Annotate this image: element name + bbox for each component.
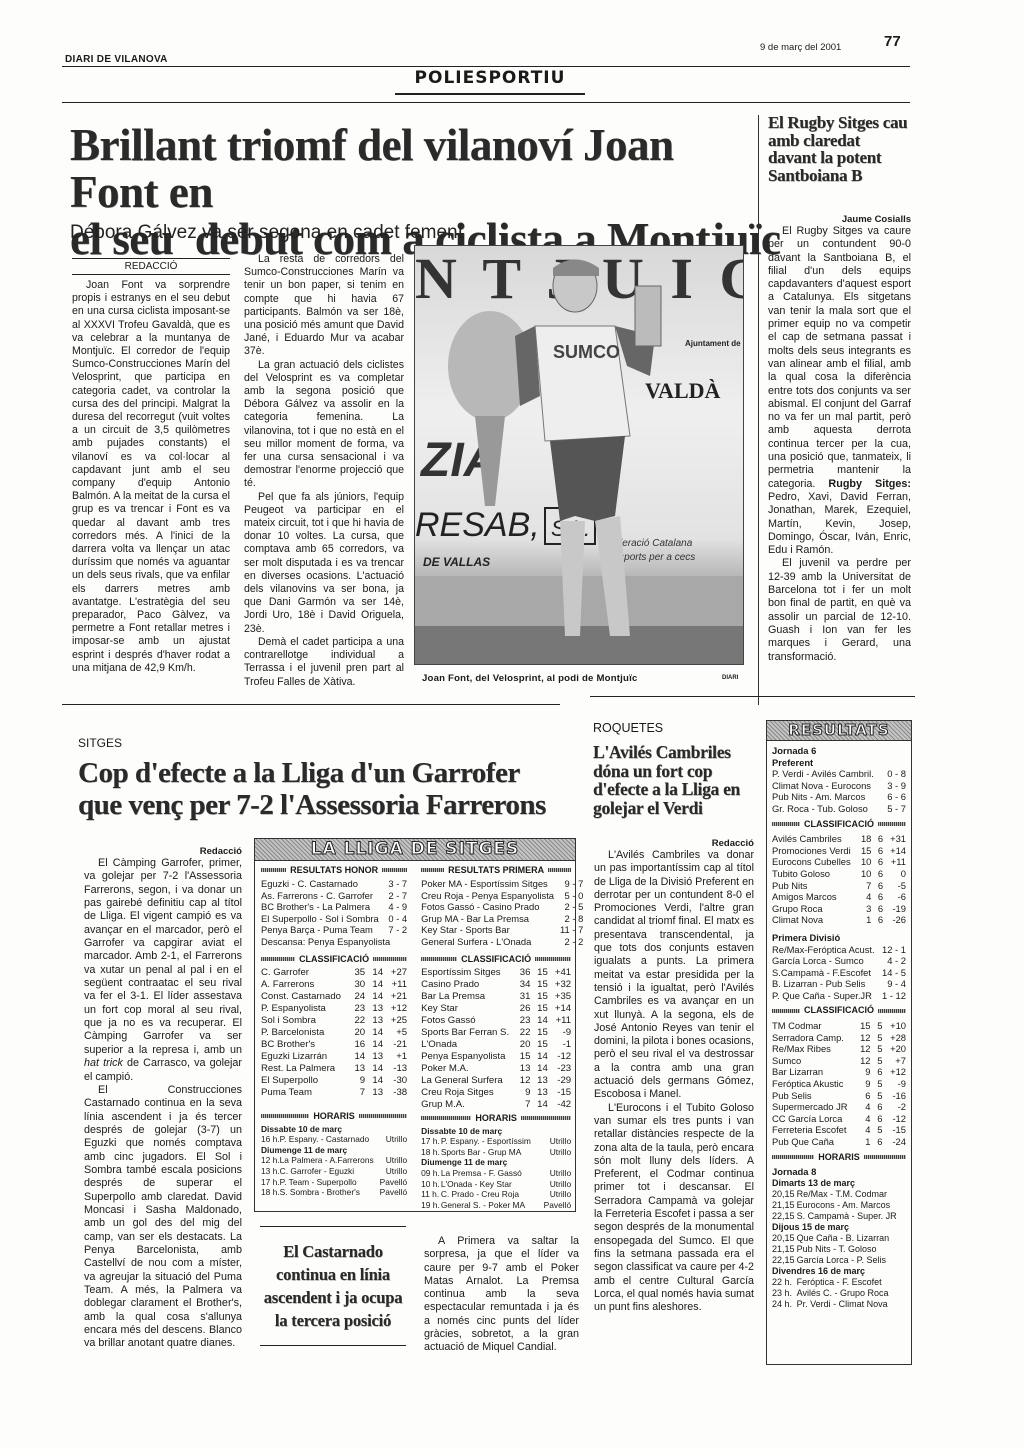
team: Penya Espanyolista [421, 1051, 513, 1063]
result-row: Fotos Gassó - Casino Prado2 - 5 [421, 901, 583, 913]
schedule-day: Diumenge 11 de març [261, 1145, 407, 1156]
match: Poker MA - Esportíssim Sitges [421, 878, 554, 890]
roquetes-kicker: ROQUETES [593, 721, 663, 735]
goal-difference: +14 [548, 1003, 571, 1015]
time: 20,15 [772, 1189, 797, 1200]
standings-row: Re/Max Ribes125+20 [772, 1043, 906, 1055]
lineup-label: Rugby Sitges: [828, 478, 911, 490]
team: Pub Nits [772, 880, 854, 892]
time: 23 h. [772, 1288, 797, 1299]
main-subheadline: Débora Gálvez va ser segona en cadet fem… [70, 222, 463, 244]
standings-row: Creu Roja Sitges913-15 [421, 1087, 571, 1099]
points: 30 [347, 979, 365, 991]
played: 5 [871, 1020, 883, 1032]
time: 11 h. [421, 1189, 441, 1200]
venue: Utrillo [536, 1179, 571, 1190]
team: TM Codmar [772, 1020, 853, 1032]
schedule-row: 20,15Que Caña - B. Lizarran [772, 1233, 906, 1244]
standings-row: Pub Nits76-5 [772, 880, 906, 892]
schedule-row: 22,15García Lorca - P. Selis [772, 1255, 906, 1266]
schedule-row: 20,15Re/Max - T.M. Codmar [772, 1189, 906, 1200]
paragraph: La resta de corredors del Sumco-Construc… [244, 253, 404, 359]
result-row: Gr. Roca - Tub. Goloso5 - 7 [772, 803, 906, 815]
points: 36 [513, 967, 530, 979]
points: 13 [513, 1063, 530, 1075]
points: 9 [853, 1078, 871, 1090]
points: 23 [347, 1003, 365, 1015]
played: 14 [365, 1027, 383, 1039]
schedule-row: 13 h.C. Garrofer - EguzkiUtrillo [261, 1166, 407, 1177]
team: Pub Selis [772, 1090, 853, 1102]
match: Que Caña - B. Lizarran [797, 1233, 906, 1244]
match: B. Lizarran - Pub Selis [772, 978, 876, 990]
points: 16 [347, 1039, 365, 1051]
match: La Premsa - F. Gassó [441, 1168, 536, 1179]
goal-difference: +27 [383, 967, 407, 979]
standings-row: Eguzki Lizarrán1413+1 [261, 1051, 407, 1063]
standings-row: Grup M.A.714-42 [421, 1099, 571, 1111]
goal-difference: -13 [383, 1063, 407, 1075]
match: Gr. Roca - Tub. Goloso [772, 803, 880, 815]
score: 6 - 6 [880, 791, 906, 803]
played: 5 [871, 1090, 883, 1102]
played: 13 [365, 1087, 383, 1099]
primera-results-title: RESULTATS PRIMERA [448, 865, 544, 875]
points: 9 [513, 1087, 530, 1099]
score: 9 - 7 [554, 878, 583, 890]
standings-row: Bar La Premsa3115+35 [421, 991, 571, 1003]
honor-standings-title: CLASSIFICACIÓ [299, 954, 369, 964]
pullquote: El Castarnado continua en línia ascenden… [256, 1240, 410, 1332]
points: 9 [853, 1066, 871, 1078]
goal-difference: +31 [883, 833, 906, 845]
points: 9 [347, 1075, 365, 1087]
standings-row: Avilés Cambriles186+31 [772, 833, 906, 845]
paragraph-text: El Rugby Sitges va caure per un contunde… [768, 225, 911, 490]
standings-row: L'Onada2015-1 [421, 1039, 571, 1051]
honor-standings-table: C. Garrofer3514+27A. Farrerons3014+11Con… [261, 967, 407, 1099]
section-rule [62, 102, 910, 103]
played: 5 [871, 1055, 883, 1067]
match: La Palmera - A.Farrerons [280, 1155, 374, 1166]
result-row: Re/Max-Feróptica Acust.12 - 1 [772, 944, 906, 956]
team: Bar Lizarran [772, 1066, 853, 1078]
standings-row: Serradora Camp.125+28 [772, 1032, 906, 1044]
points: 23 [513, 1015, 530, 1027]
standings-row: Tubito Goloso1060 [772, 868, 906, 880]
result-row: Penya Barça - Puma Team7 - 2 [261, 924, 407, 936]
played: 14 [365, 991, 383, 1003]
match: Eguzki - C. Castarnado [261, 878, 382, 890]
time: 21,15 [772, 1244, 797, 1255]
standings-row: El Superpollo914-30 [261, 1075, 407, 1087]
schedule-row: 10 h.L'Onada - Key StarUtrillo [421, 1179, 571, 1190]
match: Climat Nova - Eurocons [772, 780, 880, 792]
resultats-schedule-table: Dimarts 13 de març20,15Re/Max - T.M. Cod… [772, 1178, 906, 1310]
points: 20 [513, 1039, 530, 1051]
standings-row: Pub Que Caña16-24 [772, 1136, 906, 1148]
roquetes-body: Redacció L'Avilés Cambriles va donar un … [594, 838, 754, 1314]
result-row: El Superpollo - Sol i Sombra0 - 4 [261, 913, 407, 925]
team: P. Espanyolista [261, 1003, 347, 1015]
time: 21,15 [772, 1200, 797, 1211]
team: Climat Nova [772, 914, 854, 926]
result-row: Climat Nova - Eurocons3 - 9 [772, 780, 906, 792]
paragraph: El Rugby Sitges va caure per un contunde… [768, 225, 911, 557]
played: 6 [871, 880, 883, 892]
standings-row: Esportíssim Sitges3615+41 [421, 967, 571, 979]
honor-schedule-table: Dissabte 10 de març16 h.P. Espany. - Cas… [261, 1124, 407, 1198]
lliga-sitges-title: LA LLIGA DE SITGES [255, 839, 575, 861]
main-article-col1: REDACCIÓ Joan Font va sorprendre propis … [72, 258, 230, 675]
preferent-results-table: P. Verdi - Avilés Cambril.0 - 8Climat No… [772, 768, 906, 814]
team: Avilés Cambriles [772, 833, 854, 845]
sitges-headline-line1: Cop d'efecte a la Lliga d'un Garrofer [78, 757, 578, 789]
goal-difference: -42 [548, 1099, 571, 1111]
points: 4 [853, 1101, 871, 1113]
schedule-row: 22,15S. Campamà - Super. JR [772, 1211, 906, 1222]
primera-schedule-table: Dissabte 10 de març17 h.P. Espany. - Esp… [421, 1126, 571, 1211]
cyclist-on-podium-illustration: N T J U I C – ZIA VALDÀ Ajuntament de RE… [415, 246, 744, 665]
standings-row: La General Surfera1213-29 [421, 1075, 571, 1087]
team: Tubito Goloso [772, 868, 854, 880]
primera-schedule-title: HORARIS [475, 1113, 517, 1123]
result-row: Poker MA - Esportíssim Sitges9 - 7 [421, 878, 583, 890]
schedule-day-row: Dimarts 13 de març [772, 1178, 906, 1189]
venue: Pavelló [374, 1177, 407, 1188]
schedule-row: 21,15Pub Nits - T. Goloso [772, 1244, 906, 1255]
match: As. Farrerons - C. Garrofer [261, 890, 382, 902]
score: 4 - 2 [876, 955, 906, 967]
preferent-standings-title: CLASSIFICACIÓ [804, 819, 874, 831]
resultats-schedule-title: HORARIS [818, 1152, 860, 1164]
match: P. Que Caña - Super.JR [772, 990, 876, 1002]
svg-text:DE VALLAS: DE VALLAS [423, 555, 490, 569]
played: 6 [871, 868, 883, 880]
primera-divisio-label: Primera Divisió [772, 932, 906, 944]
goal-difference: +25 [383, 1015, 407, 1027]
goal-difference: +11 [548, 1015, 571, 1027]
team: Amigos Marcos [772, 891, 854, 903]
schedule-row: 16 h.P. Espany. - CastarnadoUtrillo [261, 1134, 407, 1145]
sitges-byline: Redacció [84, 846, 242, 857]
venue: Utrillo [374, 1155, 407, 1166]
played: 6 [871, 845, 883, 857]
venue: Utrillo [536, 1147, 571, 1158]
match: Re/Max - T.M. Codmar [797, 1189, 906, 1200]
match: Sports Bar - Grup MA [441, 1147, 536, 1158]
played: 6 [871, 856, 883, 868]
primera-results-table: Poker MA - Esportíssim Sitges9 - 7Creu R… [421, 878, 583, 948]
team: Sumco [772, 1055, 853, 1067]
match: C. Garrofer - Eguzki [280, 1166, 374, 1177]
honor-rest-note: Descansa: Penya Espanyolista [261, 936, 407, 948]
paragraph: El Construcciones Castarnado continua en… [84, 1084, 242, 1351]
honor-results-title: RESULTATS HONOR [290, 865, 378, 875]
schedule-day: Divendres 16 de març [772, 1266, 906, 1277]
photo-credit: DIARI [722, 675, 738, 681]
schedule-day: Dissabte 10 de març [421, 1126, 571, 1137]
played: 5 [871, 1043, 883, 1055]
standings-row: Casino Prado3415+32 [421, 979, 571, 991]
schedule-row: 24 h.Pr. Verdi - Climat Nova [772, 1299, 906, 1310]
played: 15 [530, 1039, 547, 1051]
venue: Utrillo [536, 1136, 571, 1147]
team: Grup M.A. [421, 1099, 513, 1111]
goal-difference: -1 [548, 1039, 571, 1051]
team: Sol i Sombra [261, 1015, 347, 1027]
goal-difference: +11 [383, 979, 407, 991]
header-rule [62, 66, 910, 67]
schedule-day: Dissabte 10 de març [261, 1124, 407, 1135]
rugby-column-divider [758, 115, 759, 705]
goal-difference: -19 [883, 903, 906, 915]
schedule-row: 17 h.P. Team - SuperpolloPavelló [261, 1177, 407, 1188]
paragraph: Joan Font va sorprendre propis i estrany… [72, 279, 230, 675]
primera-divisio-standings-table: TM Codmar155+10Serradora Camp.125+28Re/M… [772, 1020, 906, 1148]
played: 14 [365, 1039, 383, 1051]
paragraph: La gran actuació dels ciclistes del Velo… [244, 359, 404, 491]
paragraph: L'Eurocons i el Tubito Goloso van sumar … [594, 1102, 754, 1315]
points: 12 [853, 1043, 871, 1055]
goal-difference: -12 [883, 1113, 906, 1125]
standings-row: Eurocons Cubelles106+11 [772, 856, 906, 868]
points: 14 [347, 1051, 365, 1063]
standings-row: Feróptica Akustic95-9 [772, 1078, 906, 1090]
primera-column: RESULTATS PRIMERA Poker MA - Esportíssim… [421, 861, 571, 1210]
score: 1 - 12 [876, 990, 906, 1002]
time: 17 h. [261, 1177, 280, 1188]
standings-row: P. Espanyolista2313+12 [261, 1003, 407, 1015]
schedule-day-row: Dijous 15 de març [772, 1222, 906, 1233]
mid-rule-left [62, 704, 560, 705]
pullquote-rule-bottom [260, 1345, 406, 1346]
venue: Utrillo [374, 1166, 407, 1177]
played: 6 [871, 903, 883, 915]
played: 13 [530, 1075, 547, 1087]
standings-row: Key Star2615+14 [421, 1003, 571, 1015]
played: 13 [365, 1051, 383, 1063]
played: 14 [365, 967, 383, 979]
lliga-sitges-box: LA LLIGA DE SITGES RESULTATS HONOR Eguzk… [254, 838, 576, 1212]
team: La General Surfera [421, 1075, 513, 1087]
score: 11 - 7 [554, 924, 583, 936]
played: 14 [365, 1063, 383, 1075]
italic-term: hat trick [84, 1057, 123, 1069]
resultats-title: RESULTATS [767, 721, 911, 741]
goal-difference: +7 [883, 1055, 906, 1067]
points: 3 [854, 903, 871, 915]
team: Bar La Premsa [421, 991, 513, 1003]
standings-row: Sports Bar Ferran S.2215-9 [421, 1027, 571, 1039]
points: 22 [347, 1015, 365, 1027]
team: Const. Castarnado [261, 991, 347, 1003]
goal-difference: -26 [883, 914, 906, 926]
played: 14 [530, 1099, 547, 1111]
played: 6 [871, 914, 883, 926]
page-number: 77 [884, 33, 901, 50]
played: 14 [365, 979, 383, 991]
venue: Utrillo [536, 1189, 571, 1200]
match: L'Onada - Key Star [441, 1179, 536, 1190]
pullquote-rule-top [260, 1226, 406, 1227]
points: 15 [854, 845, 871, 857]
match: El Superpollo - Sol i Sombra [261, 913, 382, 925]
played: 14 [365, 1075, 383, 1087]
sitges-headline-line2: que venç per 7-2 l'Assessoria Farrerons [78, 789, 578, 821]
team: Pub Que Caña [772, 1136, 853, 1148]
played: 6 [871, 891, 883, 903]
goal-difference: -29 [548, 1075, 571, 1087]
honor-schedule-title: HORARIS [313, 1111, 355, 1121]
result-row: As. Farrerons - C. Garrofer2 - 7 [261, 890, 407, 902]
team: Re/Max Ribes [772, 1043, 853, 1055]
played: 6 [871, 1066, 883, 1078]
time: 16 h. [261, 1134, 280, 1145]
schedule-round: Jornada 8 [772, 1166, 906, 1178]
result-row: General Surfera - L'Onada2 - 2 [421, 936, 583, 948]
schedule-day-row: Diumenge 11 de març [261, 1145, 407, 1156]
paragraph: L'Avilés Cambriles va donar un pas impor… [594, 849, 754, 1102]
points: 18 [854, 833, 871, 845]
mid-rule-right [590, 696, 915, 697]
result-row: P. Verdi - Avilés Cambril.0 - 8 [772, 768, 906, 780]
match: BC Brother's - La Palmera [261, 901, 382, 913]
points: 12 [853, 1055, 871, 1067]
points: 34 [513, 979, 530, 991]
roquetes-byline: Redacció [594, 838, 754, 849]
points: 20 [347, 1027, 365, 1039]
time: 17 h. [421, 1136, 441, 1147]
match: Pub Nits - T. Goloso [797, 1244, 906, 1255]
points: 26 [513, 1003, 530, 1015]
goal-difference: -15 [548, 1087, 571, 1099]
standings-row: Promociones Verdi156+14 [772, 845, 906, 857]
time: 22,15 [772, 1255, 797, 1266]
time: 19 h. [421, 1200, 441, 1211]
team: Puma Team [261, 1087, 347, 1099]
played: 15 [530, 991, 547, 1003]
schedule-day-row: Dissabte 10 de març [261, 1124, 407, 1135]
result-row: García Lorca - Sumco4 - 2 [772, 955, 906, 967]
standings-row: Const. Castarnado2414+21 [261, 991, 407, 1003]
publication-name: DIARI DE VILANOVA [65, 54, 168, 65]
goal-difference: -16 [883, 1090, 906, 1102]
team: P. Barcelonista [261, 1027, 347, 1039]
points: 15 [513, 1051, 530, 1063]
goal-difference: +1 [383, 1051, 407, 1063]
time: 20,15 [772, 1233, 797, 1244]
played: 6 [871, 833, 883, 845]
score: 5 - 7 [880, 803, 906, 815]
goal-difference: +41 [548, 967, 571, 979]
team: Promociones Verdi [772, 845, 854, 857]
sitges-body-col3: A Primera va saltar la sorpresa, ja que … [424, 1235, 579, 1355]
played: 14 [530, 1051, 547, 1063]
standings-row: Grupo Roca36-19 [772, 903, 906, 915]
preferent-label: Preferent [772, 757, 906, 769]
played: 14 [530, 1015, 547, 1027]
team: Feróptica Akustic [772, 1078, 853, 1090]
schedule-day: Dijous 15 de març [772, 1222, 906, 1233]
schedule-row: 21,15Eurocons - Am. Marcos [772, 1200, 906, 1211]
goal-difference: -15 [883, 1124, 906, 1136]
score: 3 - 7 [382, 878, 407, 890]
played: 6 [871, 1113, 883, 1125]
goal-difference: +12 [883, 1066, 906, 1078]
team: El Superpollo [261, 1075, 347, 1087]
match: Creu Roja - Penya Espanyolista [421, 890, 554, 902]
goal-difference: -9 [548, 1027, 571, 1039]
goal-difference: -5 [883, 880, 906, 892]
rugby-byline: Jaume Cosialls [768, 214, 911, 225]
time: 22,15 [772, 1211, 797, 1222]
played: 13 [530, 1087, 547, 1099]
played: 15 [530, 1003, 547, 1015]
goal-difference: -38 [383, 1087, 407, 1099]
match: Penya Barça - Puma Team [261, 924, 382, 936]
score: 2 - 2 [554, 936, 583, 948]
team: Eguzki Lizarrán [261, 1051, 347, 1063]
played: 5 [871, 1078, 883, 1090]
standings-row: TM Codmar155+10 [772, 1020, 906, 1032]
standings-row: A. Farrerons3014+11 [261, 979, 407, 991]
match: Pr. Verdi - Climat Nova [797, 1299, 906, 1310]
svg-text:VALDÀ: VALDÀ [645, 378, 721, 403]
played: 6 [871, 1101, 883, 1113]
points: 12 [853, 1032, 871, 1044]
match: Eurocons - Am. Marcos [797, 1200, 906, 1211]
match: General S. - Poker MA [441, 1200, 536, 1211]
time: 22 h. [772, 1277, 797, 1288]
points: 7 [513, 1099, 530, 1111]
points: 1 [854, 914, 871, 926]
podium-photo: N T J U I C – ZIA VALDÀ Ajuntament de RE… [414, 245, 744, 665]
goal-difference: +21 [383, 991, 407, 1003]
score: 9 - 4 [876, 978, 906, 990]
result-row: S.Campamà - F.Escofet14 - 5 [772, 967, 906, 979]
goal-difference: -21 [383, 1039, 407, 1051]
points: 13 [347, 1063, 365, 1075]
schedule-row: 19 h.General S. - Poker MAPavelló [421, 1200, 571, 1211]
standings-row: Amigos Marcos46-6 [772, 891, 906, 903]
played: 14 [530, 1063, 547, 1075]
match: P. Team - Superpollo [280, 1177, 374, 1188]
result-row: Pub Nits - Am. Marcos6 - 6 [772, 791, 906, 803]
match: P. Verdi - Avilés Cambril. [772, 768, 880, 780]
schedule-day-row: Divendres 16 de març [772, 1266, 906, 1277]
played: 13 [365, 1015, 383, 1027]
team: Eurocons Cubelles [772, 856, 854, 868]
match: C. Prado - Creu Roja [441, 1189, 536, 1200]
goal-difference: 0 [883, 868, 906, 880]
team: Sports Bar Ferran S. [421, 1027, 513, 1039]
standings-row: Ferreteria Escofet45-15 [772, 1124, 906, 1136]
result-row: Creu Roja - Penya Espanyolista5 - 0 [421, 890, 583, 902]
resultats-box: RESULTATS Jornada 6 Preferent P. Verdi -… [766, 720, 912, 1365]
goal-difference: -30 [383, 1075, 407, 1087]
standings-row: Penya Espanyolista1514-12 [421, 1051, 571, 1063]
sitges-body: Redacció El Càmping Garrofer, primer, va… [84, 846, 242, 1351]
schedule-row: 18 h.S. Sombra - Brother'sPavelló [261, 1187, 407, 1198]
goal-difference: -6 [883, 891, 906, 903]
goal-difference: +20 [883, 1043, 906, 1055]
points: 6 [853, 1090, 871, 1102]
score: 7 - 2 [382, 924, 407, 936]
sitges-kicker: SITGES [78, 736, 122, 750]
played: 13 [365, 1003, 383, 1015]
goal-difference: +32 [548, 979, 571, 991]
